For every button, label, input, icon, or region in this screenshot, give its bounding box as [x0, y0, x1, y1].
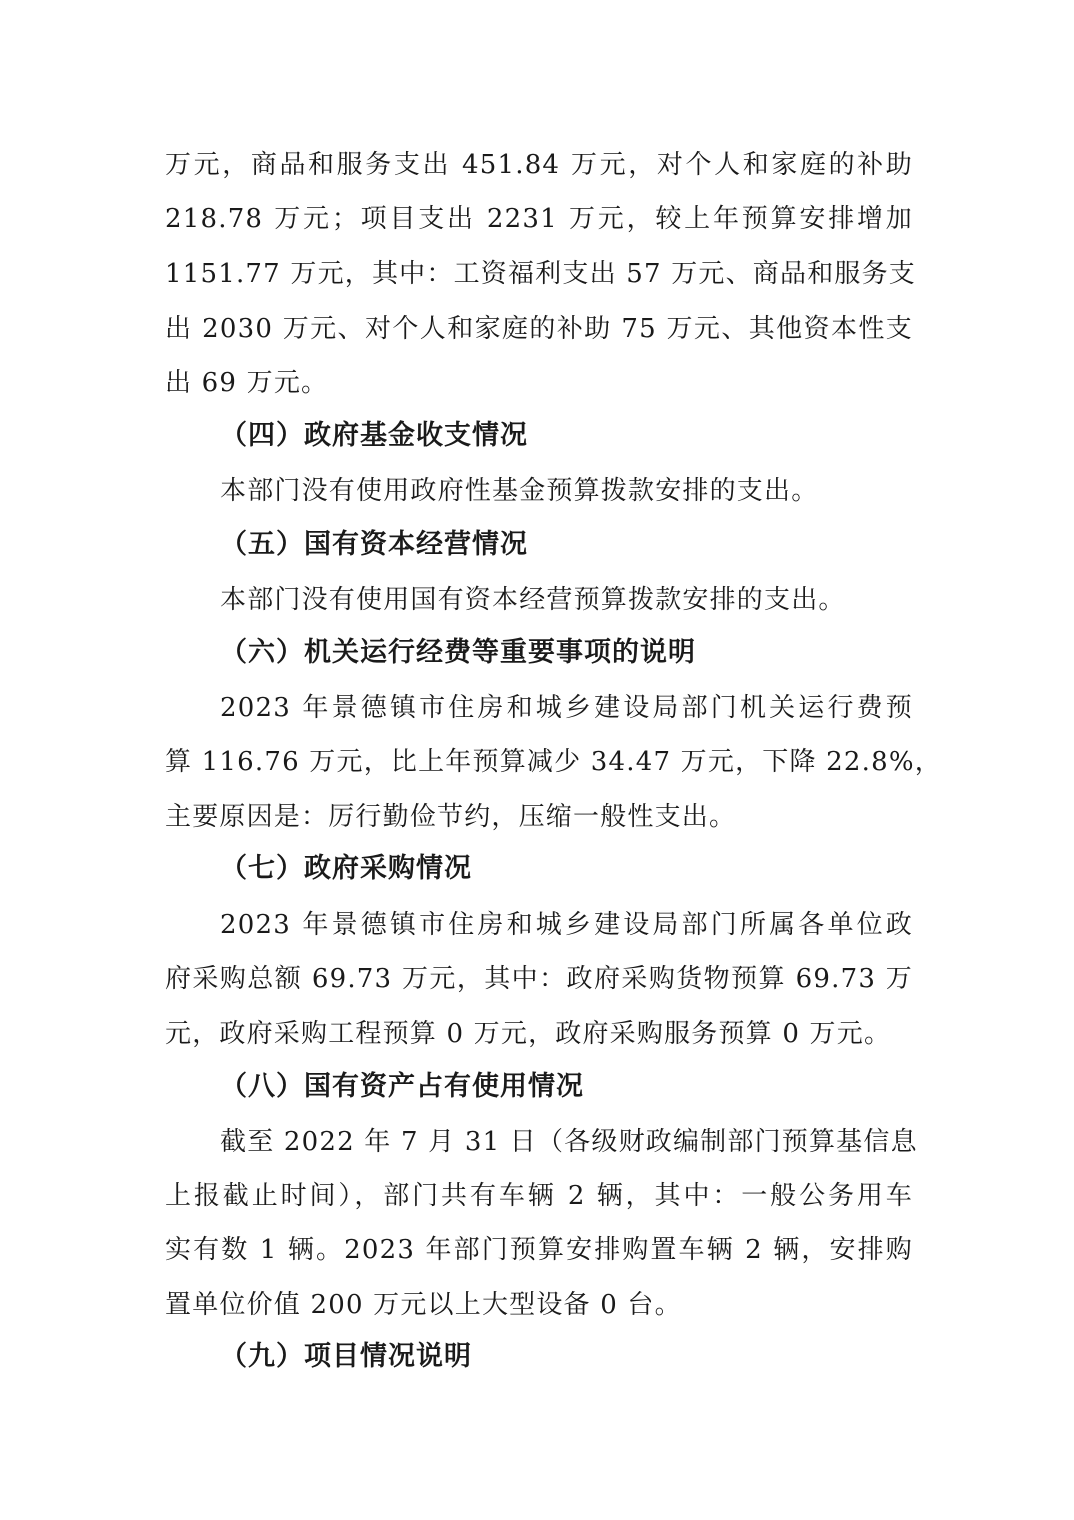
paragraph-line: 府采购总额 69.73 万元，其中：政府采购货物预算 69.73 万	[165, 959, 913, 999]
paragraph-line: 出 2030 万元、对个人和家庭的补助 75 万元、其他资本性支	[165, 309, 913, 349]
section-heading: （八）国有资产占有使用情况	[220, 1067, 584, 1107]
paragraph-line: 2023 年景德镇市住房和城乡建设局部门机关运行费预	[220, 688, 913, 728]
paragraph-line: 218.78 万元；项目支出 2231 万元，较上年预算安排增加	[165, 199, 913, 239]
paragraph-line: 主要原因是：厉行勤俭节约，压缩一般性支出。	[165, 797, 913, 837]
paragraph-line: 本部门没有使用政府性基金预算拨款安排的支出。	[220, 471, 913, 511]
paragraph-line: 算 116.76 万元，比上年预算减少 34.47 万元，下降 22.8%，	[165, 742, 913, 782]
section-heading: （五）国有资本经营情况	[220, 525, 528, 565]
paragraph-line: 元，政府采购工程预算 0 万元，政府采购服务预算 0 万元。	[165, 1014, 913, 1054]
paragraph-line: 出 69 万元。	[165, 363, 913, 403]
document-page: 万元，商品和服务支出 451.84 万元，对个人和家庭的补助 218.78 万元…	[0, 0, 1074, 1520]
paragraph-line: 置单位价值 200 万元以上大型设备 0 台。	[165, 1285, 913, 1325]
paragraph-line: 上报截止时间），部门共有车辆 2 辆，其中：一般公务用车	[165, 1176, 913, 1216]
section-heading: （七）政府采购情况	[220, 849, 472, 889]
paragraph-line: 2023 年景德镇市住房和城乡建设局部门所属各单位政	[220, 905, 913, 945]
section-heading: （四）政府基金收支情况	[220, 416, 528, 456]
paragraph-line: 1151.77 万元，其中：工资福利支出 57 万元、商品和服务支	[165, 254, 913, 294]
section-heading: （六）机关运行经费等重要事项的说明	[220, 633, 696, 673]
paragraph-line: 实有数 1 辆。2023 年部门预算安排购置车辆 2 辆，安排购	[165, 1230, 913, 1270]
paragraph-line: 万元，商品和服务支出 451.84 万元，对个人和家庭的补助	[165, 145, 913, 185]
paragraph-line: 截至 2022 年 7 月 31 日（各级财政编制部门预算基信息	[220, 1122, 913, 1162]
section-heading: （九）项目情况说明	[220, 1337, 472, 1377]
paragraph-line: 本部门没有使用国有资本经营预算拨款安排的支出。	[220, 580, 913, 620]
